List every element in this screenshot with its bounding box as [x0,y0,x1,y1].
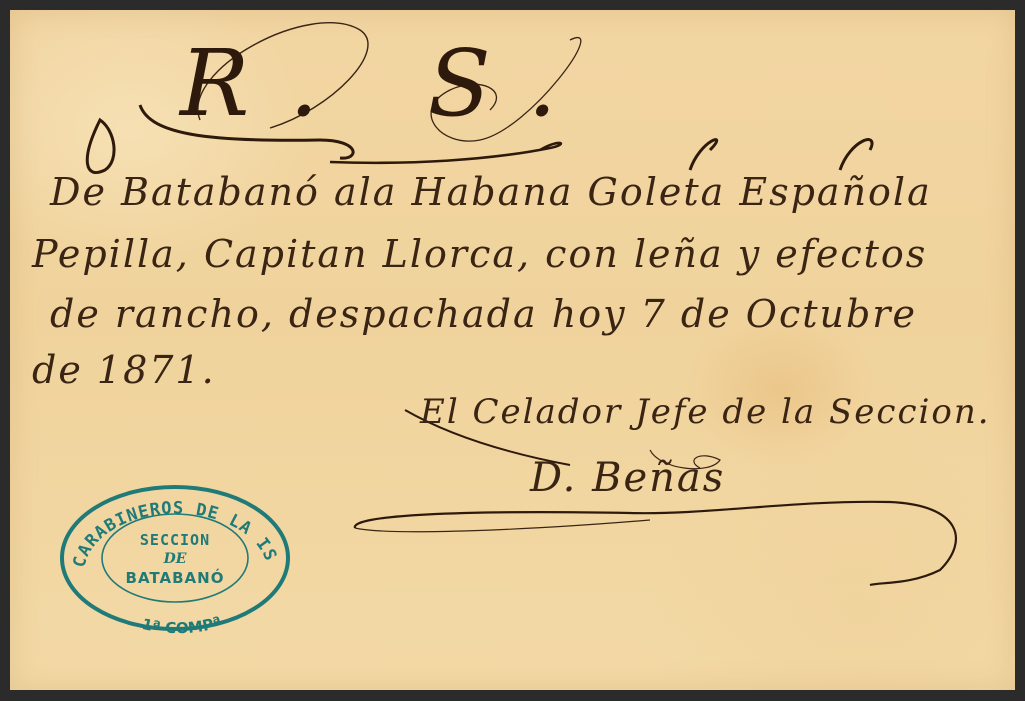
svg-text:1ª COMPª: 1ª COMPª [140,613,223,635]
body-line-4: de 1871. [32,348,216,392]
stamp-bottom-text: 1ª COMPª [140,613,223,635]
stamp-center-line-1: SECCION [56,531,294,549]
heading-rs: R. S. [180,30,597,137]
signature-title: El Celador Jefe de la Seccion. [420,392,991,432]
body-line-3: de rancho, despachada hoy 7 de Octubre [50,292,917,336]
image-frame: R. S. De Batabanó ala Habana Goleta Espa… [0,0,1025,701]
body-line-2: Pepilla, Capitan Llorca, con leña y efec… [32,232,927,276]
official-stamp: CARABINEROS DE LA ISLA DE CUBA 1ª COMPª … [56,481,294,635]
signature-name: D. Beñas [530,455,725,501]
document-paper: R. S. De Batabanó ala Habana Goleta Espa… [10,10,1015,690]
stamp-center-line-3: BATABANÓ [56,569,294,587]
body-line-1: De Batabanó ala Habana Goleta Española [50,170,932,214]
stamp-center-line-2: DE [56,551,294,567]
